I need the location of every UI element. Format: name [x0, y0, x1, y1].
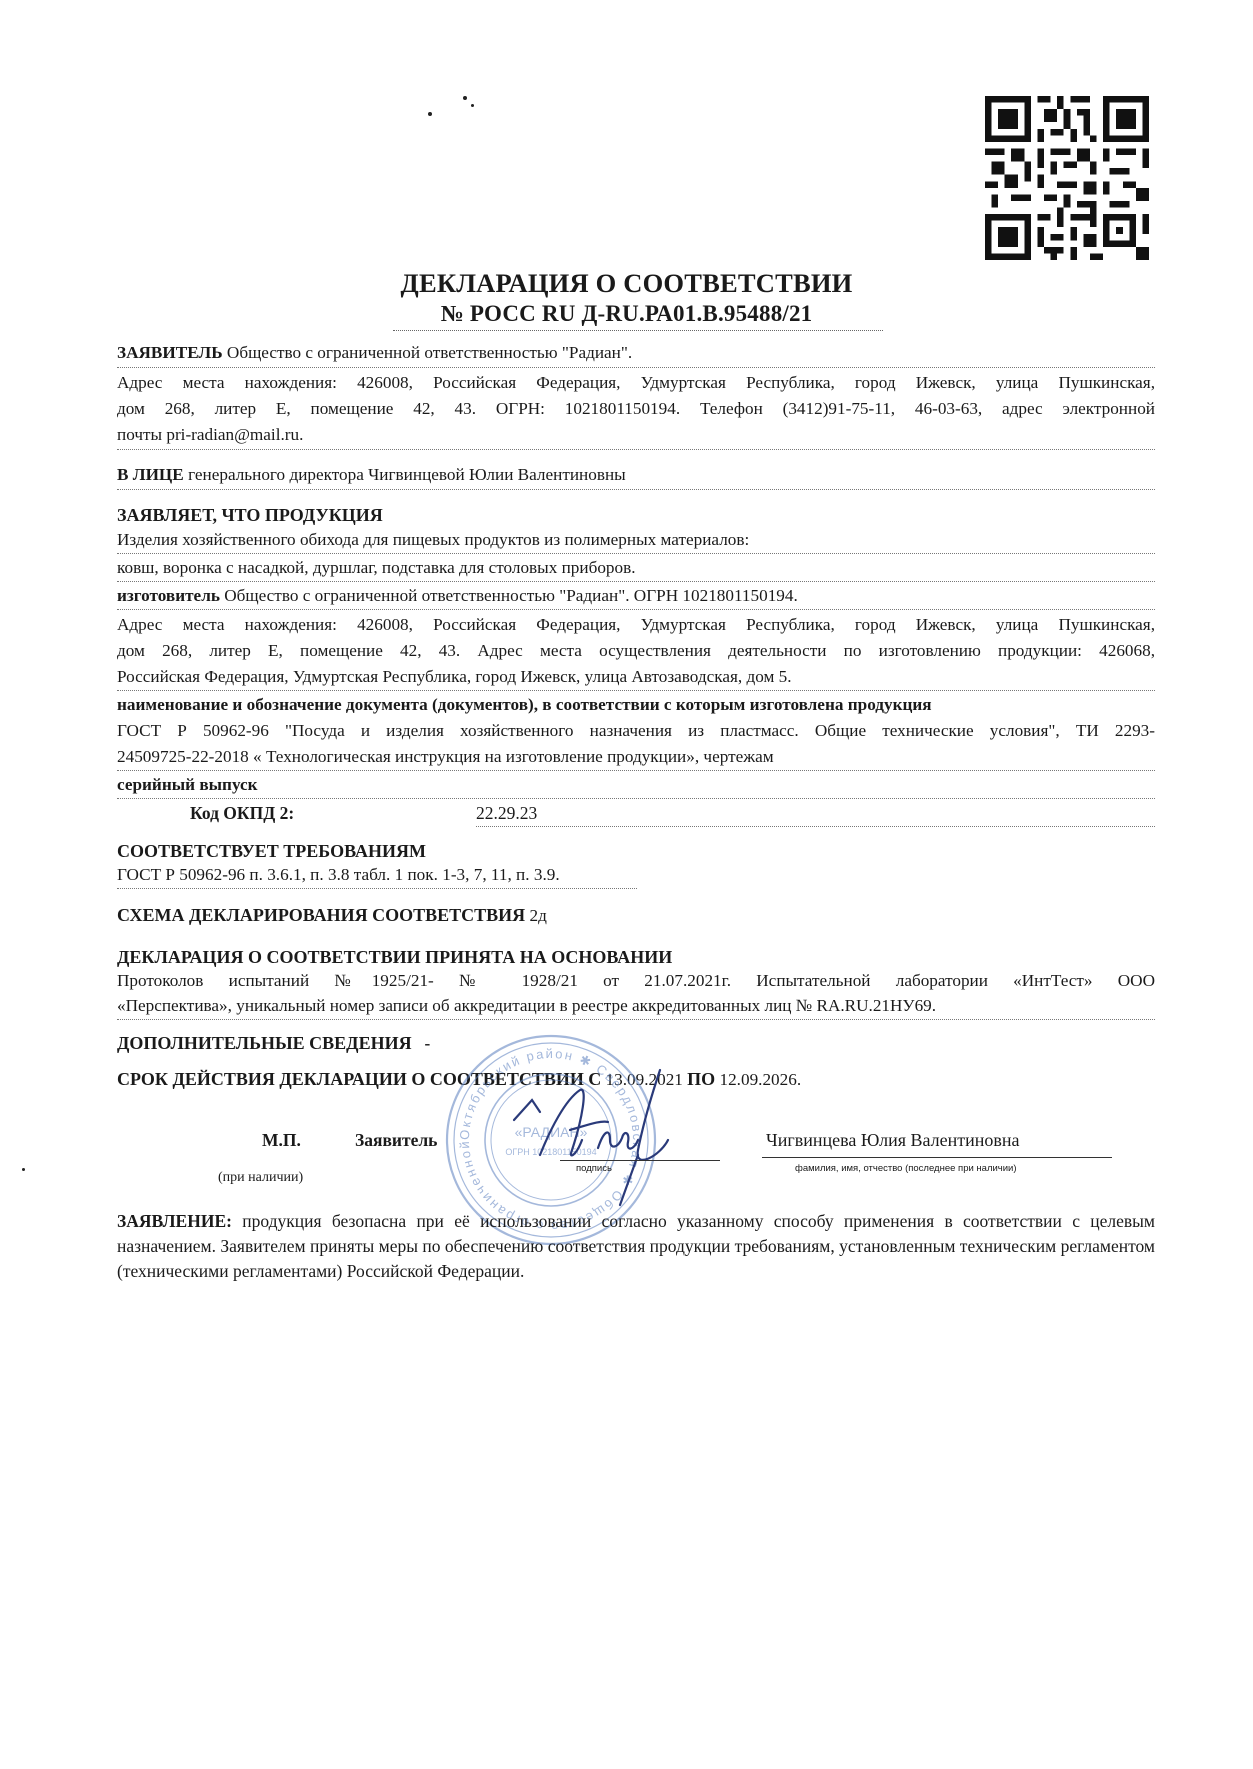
scan-speck — [471, 104, 474, 107]
divider — [117, 690, 1155, 691]
qr-code-icon[interactable] — [985, 95, 1149, 261]
signer-line — [762, 1157, 1112, 1158]
divider — [117, 553, 1155, 554]
statement-text: продукция безопасна при её использовании… — [117, 1211, 1155, 1281]
represented-by-text: генерального директора Чигвинцевой Юлии … — [188, 465, 626, 484]
documents-line: 24509725-22-2018 « Технологическая инстр… — [117, 744, 1155, 770]
applicant-address-line: дом 268, литер Е, помещение 42, 43. ОГРН… — [117, 396, 1155, 422]
seal-place-note: (при наличии) — [218, 1170, 303, 1186]
additional-value: - — [424, 1034, 430, 1053]
manufacturer-address-line: Адрес места нахождения: 426008, Российск… — [117, 612, 1155, 638]
signer-name: Чигвинцева Юлия Валентиновна — [766, 1130, 1020, 1151]
requirements-text: ГОСТ Р 50962-96 п. 3.6.1, п. 3.8 табл. 1… — [117, 862, 1155, 888]
signature-line — [560, 1160, 720, 1161]
applicant-address-line: почты pri-radian@mail.ru. — [117, 422, 1155, 448]
divider — [393, 330, 883, 331]
divider — [117, 449, 1155, 450]
release-type: серийный выпуск — [117, 772, 1155, 798]
scheme-row: СХЕМА ДЕКЛАРИРОВАНИЯ СООТВЕТСТВИЯ 2д — [117, 902, 1155, 929]
divider — [117, 609, 1155, 610]
represented-by-label: В ЛИЦЕ — [117, 465, 184, 484]
divider — [117, 888, 637, 889]
manufacturer-address-line: Российская Федерация, Удмуртская Республ… — [117, 664, 1155, 690]
signer-caption: фамилия, имя, отчество (последнее при на… — [795, 1163, 1017, 1174]
declaration-number: № РОСС RU Д-RU.РА01.В.95488/21 — [0, 301, 1253, 327]
applicant-row: ЗАЯВИТЕЛЬ Общество с ограниченной ответс… — [117, 340, 1155, 366]
seal-place-label: М.П. — [262, 1130, 301, 1151]
handwritten-signature-icon — [510, 1060, 685, 1210]
okpd-value: 22.29.23 — [476, 800, 537, 826]
divider — [117, 1019, 1155, 1020]
documents-heading: наименование и обозначение документа (до… — [117, 692, 1155, 718]
basis-heading: ДЕКЛАРАЦИЯ О СООТВЕТСТВИИ ПРИНЯТА НА ОСН… — [117, 944, 1155, 970]
document-title: ДЕКЛАРАЦИЯ О СООТВЕТСТВИИ — [0, 268, 1253, 299]
divider — [117, 367, 1155, 368]
represented-by-row: В ЛИЦЕ генерального директора Чигвинцево… — [117, 462, 1155, 488]
manufacturer-label: изготовитель — [117, 586, 220, 605]
manufacturer-address-line: дом 268, литер Е, помещение 42, 43. Адре… — [117, 638, 1155, 664]
divider — [476, 826, 1155, 827]
scheme-heading: СХЕМА ДЕКЛАРИРОВАНИЯ СООТВЕТСТВИЯ — [117, 905, 525, 925]
product-heading: ЗАЯВЛЯЕТ, ЧТО ПРОДУКЦИЯ — [117, 502, 1155, 528]
documents-line: ГОСТ Р 50962-96 "Посуда и изделия хозяйс… — [117, 718, 1155, 744]
divider — [117, 798, 1155, 799]
additional-heading: ДОПОЛНИТЕЛЬНЫЕ СВЕДЕНИЯ — [117, 1033, 412, 1053]
requirements-heading: СООТВЕТСТВУЕТ ТРЕБОВАНИЯМ — [117, 838, 1155, 864]
validity-to-label: ПО — [687, 1069, 715, 1089]
product-line: Изделия хозяйственного обихода для пищев… — [117, 527, 1155, 553]
divider — [117, 770, 1155, 771]
applicant-address-line: Адрес места нахождения: 426008, Российск… — [117, 370, 1155, 396]
signature-caption: подпись — [576, 1163, 612, 1174]
scan-speck — [463, 96, 467, 100]
okpd-label: Код ОКПД 2: — [190, 800, 294, 826]
scan-speck — [428, 112, 432, 116]
validity-to: 12.09.2026. — [719, 1070, 801, 1089]
divider — [117, 489, 1155, 490]
basis-line: «Перспектива», уникальный номер записи о… — [117, 993, 1155, 1019]
applicant-name: Общество с ограниченной ответственностью… — [227, 343, 632, 362]
scheme-value: 2д — [529, 906, 546, 925]
statement-label: ЗАЯВЛЕНИЕ: — [117, 1211, 232, 1231]
applicant-sign-label: Заявитель — [355, 1130, 437, 1151]
statement-paragraph: ЗАЯВЛЕНИЕ: продукция безопасна при её ис… — [117, 1209, 1155, 1284]
applicant-label: ЗАЯВИТЕЛЬ — [117, 343, 223, 362]
divider — [117, 581, 1155, 582]
basis-line: Протоколов испытаний №1925/21- № 1928/21… — [117, 968, 1155, 994]
manufacturer-row: изготовитель Общество с ограниченной отв… — [117, 583, 1155, 609]
manufacturer-name: Общество с ограниченной ответственностью… — [224, 586, 798, 605]
product-line: ковш, воронка с насадкой, дуршлаг, подст… — [117, 555, 1155, 581]
scan-speck — [22, 1168, 25, 1171]
